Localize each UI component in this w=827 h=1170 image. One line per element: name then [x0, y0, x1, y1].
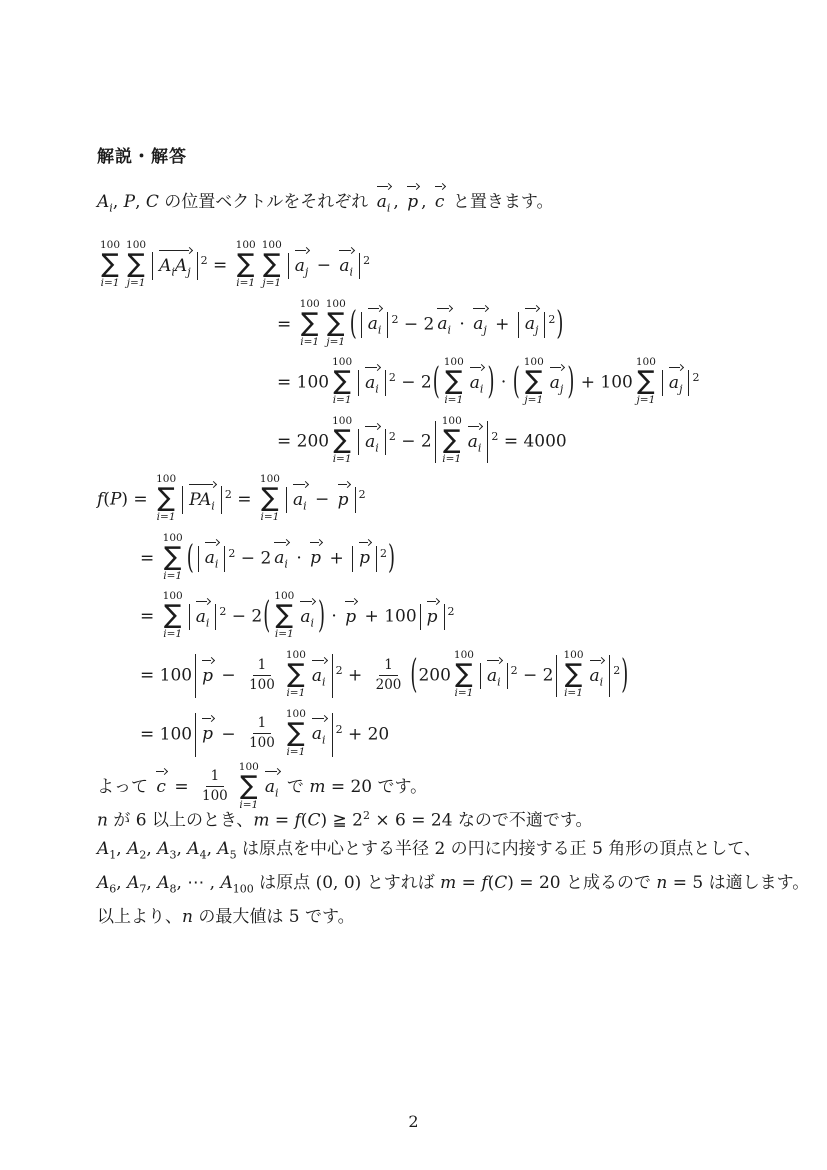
summation-symbol: 100∑j=1 [524, 356, 544, 406]
summation-symbol: 100∑i=1 [444, 356, 464, 406]
math-variable: A [187, 839, 199, 859]
formula-line: 100∑i=1100∑j=1AiAj2 = 100∑i=1100∑j=1aj −… [97, 234, 699, 293]
big-parenthesis: ( [433, 365, 440, 401]
superscript: 2 [336, 664, 343, 677]
absolute-value-bar [444, 604, 445, 630]
superscript: 2 [613, 664, 620, 677]
japanese-text: で [282, 777, 310, 797]
summation-symbol: 100∑j=1 [636, 356, 656, 406]
vector-arrow-icon [273, 540, 289, 545]
japanese-text: は適します。 [709, 873, 810, 893]
math-text: − [310, 490, 335, 510]
big-parenthesis: ( [263, 599, 270, 635]
vector: p [201, 724, 214, 744]
summation-symbol: 100∑i=1 [332, 415, 352, 465]
summation-symbol: 100∑i=1 [236, 239, 256, 289]
math-text: = 100 [140, 724, 192, 744]
vector-arrow-icon [472, 306, 488, 311]
big-parenthesis: ( [350, 309, 357, 341]
vector-arrow-icon [406, 184, 419, 189]
absolute-value-bar [487, 421, 488, 463]
math-text: 200 [418, 666, 450, 686]
formula-line: f(P) = 100∑i=1PAi2 = 100∑i=1ai − p2 [97, 468, 629, 527]
superscript: 2 [380, 547, 387, 560]
vector: ai [299, 607, 315, 630]
vector-arrow-icon [158, 248, 192, 253]
absolute-value-bar [286, 487, 287, 513]
superscript: 2 [548, 313, 555, 326]
math-text: + [490, 314, 515, 334]
math-text: , [116, 873, 127, 893]
vector: ai [436, 314, 452, 337]
vector: aj [549, 373, 565, 396]
math-text: (0, 0) [316, 873, 362, 893]
vector: p [358, 548, 371, 568]
big-parenthesis: ) [621, 656, 628, 696]
absolute-value-bar [182, 486, 183, 514]
math-text: , [135, 192, 146, 212]
math-text: ) = [121, 490, 153, 510]
vector: ai [467, 432, 483, 455]
page-number: 2 [0, 1112, 827, 1131]
math-variable: A [157, 873, 169, 893]
absolute-value-bar [518, 312, 519, 338]
math-text: , [207, 839, 218, 859]
superscript: 2 [336, 723, 343, 736]
equation-block-f-of-p: f(P) = 100∑i=1PAi2 = 100∑i=1ai − p2= 100… [97, 468, 629, 814]
equation-block-sum-distances: 100∑i=1100∑j=1AiAj2 = 100∑i=1100∑j=1aj −… [97, 234, 699, 469]
absolute-value-bar [385, 429, 386, 455]
math-text: · [495, 373, 511, 393]
vector-arrow-icon [668, 365, 684, 370]
vector-arrow-icon [589, 658, 605, 663]
math-text: − 2 [396, 373, 432, 393]
vector: c [434, 192, 446, 212]
japanese-text: が 6 以上のとき、 [108, 811, 253, 831]
summation-symbol: 100∑i=1 [100, 239, 120, 289]
vector: PAi [188, 490, 216, 513]
math-text: − [216, 724, 241, 744]
superscript: 2 [511, 664, 518, 677]
vector: p [201, 666, 214, 686]
vector: c [155, 777, 167, 797]
vector-arrow-icon [201, 658, 214, 663]
math-variable: C [494, 873, 507, 893]
math-text: = [277, 314, 297, 334]
japanese-text: の位置ベクトルをそれぞれ [159, 192, 374, 212]
superscript: 2 [692, 371, 699, 384]
vector: p [309, 548, 322, 568]
japanese-text: は原点 [254, 873, 316, 893]
subscript: 100 [233, 882, 254, 895]
absolute-value-bar [359, 253, 360, 279]
superscript: 2 [363, 254, 370, 267]
math-text: − 2 [398, 314, 434, 334]
absolute-value-bar [358, 429, 359, 455]
math-text: , [116, 839, 127, 859]
vector-arrow-icon [155, 769, 167, 774]
math-text: = 4000 [498, 432, 566, 452]
vector-arrow-icon [434, 184, 446, 189]
absolute-value-bar [480, 663, 481, 689]
big-parenthesis: ) [487, 365, 494, 401]
absolute-value-bar [387, 312, 388, 338]
absolute-value-bar [361, 312, 362, 338]
absolute-value-bar [221, 486, 222, 514]
vector: ai [195, 607, 211, 630]
math-variable: m [253, 811, 269, 831]
math-text: ) = 20 [507, 873, 566, 893]
vector-arrow-icon [426, 599, 439, 604]
vector: p [337, 490, 350, 510]
vector: p [426, 607, 439, 627]
vector: ai [367, 314, 383, 337]
vector: aj [472, 314, 488, 337]
math-text: × 6 = 24 [370, 811, 458, 831]
vector-arrow-icon [204, 540, 220, 545]
japanese-text: よって [97, 777, 153, 797]
vector: aj [668, 373, 684, 396]
summation-symbol: 100∑j=1 [326, 298, 346, 348]
vector-arrow-icon [311, 716, 327, 721]
math-variable: A [97, 839, 109, 859]
math-text: + 100 [359, 607, 417, 627]
vector: ai [486, 666, 502, 689]
vector-arrow-icon [469, 365, 485, 370]
vector-arrow-icon [467, 424, 483, 429]
absolute-value-bar [189, 604, 190, 630]
math-variable: C [307, 811, 320, 831]
math-text: = [269, 811, 294, 831]
absolute-value-bar [195, 654, 196, 698]
vector-arrow-icon [376, 184, 392, 189]
big-parenthesis: ( [410, 656, 417, 696]
formula-line: A1, A2, A3, A4, A5 は原点を中心とする半径 2 の円に内接する… [97, 835, 809, 869]
vector: ai [364, 432, 380, 455]
math-text: = 100 [140, 666, 192, 686]
superscript: 2 [359, 488, 366, 501]
absolute-value-bar [507, 663, 508, 689]
formula-line: n が 6 以上のとき、m = f(C) ≧ 22 × 6 = 24 なので不適… [97, 802, 809, 835]
vector: ai [589, 666, 605, 689]
absolute-value-bar [224, 546, 225, 572]
absolute-value-bar [385, 370, 386, 396]
superscript: 2 [389, 371, 396, 384]
summation-symbol: 100∑i=1 [300, 298, 320, 348]
math-text: = 100 [277, 373, 329, 393]
absolute-value-bar [556, 655, 557, 697]
math-variable: n [656, 873, 667, 893]
absolute-value-bar [435, 421, 436, 463]
vector-arrow-icon [309, 540, 322, 545]
summation-symbol: 100∑i=1 [442, 415, 462, 465]
math-text: + 20 [343, 724, 390, 744]
math-text: = [456, 873, 481, 893]
japanese-text: なので不適です。 [458, 811, 593, 831]
math-text: = [140, 607, 160, 627]
fraction: 1100 [197, 768, 233, 805]
math-text: = [232, 490, 257, 510]
vector: ai [311, 724, 327, 747]
big-parenthesis: ( [513, 365, 520, 401]
math-variable: n [97, 811, 108, 831]
math-text: + [343, 666, 368, 686]
absolute-value-bar [544, 312, 545, 338]
vector-arrow-icon [358, 540, 371, 545]
summation-symbol: 100∑j=1 [262, 239, 282, 289]
japanese-text: と置きます。 [447, 192, 553, 212]
document-page: 解説・解答 Ai, P, C の位置ベクトルをそれぞれ ai, p, c と置き… [0, 0, 827, 1170]
math-variable: A [127, 873, 139, 893]
vector: ai [273, 548, 289, 571]
math-text: = 200 [277, 432, 329, 452]
math-variable: A [157, 839, 169, 859]
japanese-text: の最大値は 5 です。 [193, 907, 355, 927]
math-text: − 2 [235, 548, 271, 568]
fraction: 1200 [371, 657, 407, 694]
summation-symbol: 100∑i=1 [260, 473, 280, 523]
summation-symbol: 100∑i=1 [163, 532, 183, 582]
formula-line: = 200100∑i=1ai2 − 2100∑i=1ai2 = 4000 [277, 410, 699, 469]
absolute-value-bar [215, 604, 216, 630]
vector-arrow-icon [294, 248, 310, 253]
big-parenthesis: ) [318, 599, 325, 635]
math-text: = [208, 256, 233, 276]
formula-line: = 100∑i=1(ai2 − 2ai · p + p2) [140, 527, 629, 586]
math-text: , [421, 192, 432, 212]
section-heading: 解説・解答 [97, 142, 187, 167]
superscript: 2 [363, 809, 370, 822]
summation-symbol: 100∑i=1 [286, 708, 306, 758]
math-text: − 2 [518, 666, 554, 686]
math-variable: C [146, 192, 159, 212]
japanese-text: です。 [378, 777, 428, 797]
vector: p [344, 607, 357, 627]
absolute-value-bar [352, 546, 353, 572]
summation-symbol: 100∑i=1 [286, 649, 306, 699]
superscript: 2 [201, 254, 208, 267]
vector-arrow-icon [188, 482, 216, 487]
math-text: , [146, 873, 157, 893]
math-variable: A [127, 839, 139, 859]
summation-symbol: 100∑i=1 [454, 649, 474, 699]
formula-line: = 100p − 1100100∑i=1ai2 + 1200(200100∑i=… [140, 644, 629, 703]
vector: ai [338, 256, 354, 279]
vector-arrow-icon [311, 658, 327, 663]
math-variable: m [440, 873, 456, 893]
subscript: 5 [230, 848, 237, 861]
big-parenthesis: ) [556, 309, 563, 341]
math-text: · [291, 548, 307, 568]
math-text: ) ≧ 2 [320, 811, 363, 831]
vector: ai [376, 192, 392, 215]
math-text: · [326, 607, 342, 627]
math-text: − [311, 256, 336, 276]
math-text: − 2 [396, 432, 432, 452]
big-parenthesis: ) [567, 365, 574, 401]
summation-symbol: 100∑i=1 [163, 590, 183, 640]
vector: aj [294, 256, 310, 279]
math-text: + [324, 548, 349, 568]
vector-arrow-icon [364, 365, 380, 370]
formula-line: Ai, P, C の位置ベクトルをそれぞれ ai, p, c と置きます。 [97, 188, 553, 222]
fraction: 1100 [244, 715, 280, 752]
vector-arrow-icon [195, 599, 211, 604]
intro-paragraph: Ai, P, C の位置ベクトルをそれぞれ ai, p, c と置きます。 [97, 188, 553, 222]
vector-arrow-icon [549, 365, 565, 370]
japanese-text: と成るので [566, 873, 656, 893]
vector: aj [524, 314, 540, 337]
vector-arrow-icon [292, 482, 308, 487]
summation-symbol: 100∑j=1 [126, 239, 146, 289]
absolute-value-bar [332, 654, 333, 698]
summation-symbol: 100∑i=1 [156, 473, 176, 523]
math-variable: A [221, 873, 233, 893]
math-variable: P [124, 192, 135, 212]
japanese-text: とすれば [361, 873, 440, 893]
formula-line: 以上より、n の最大値は 5 です。 [97, 903, 809, 931]
absolute-value-bar [609, 655, 610, 697]
big-parenthesis: ( [187, 543, 194, 575]
math-text: − 2 [226, 607, 262, 627]
vector-arrow-icon [337, 482, 350, 487]
absolute-value-bar [376, 546, 377, 572]
vector-arrow-icon [364, 424, 380, 429]
vector-arrow-icon [201, 716, 214, 721]
vector-arrow-icon [486, 658, 502, 663]
math-text: = [140, 548, 160, 568]
fraction: 1100 [244, 657, 280, 694]
vector: ai [469, 373, 485, 396]
absolute-value-bar [420, 604, 421, 630]
vector: ai [292, 490, 308, 513]
absolute-value-bar [288, 253, 289, 279]
math-text: · [454, 314, 470, 334]
vector: ai [264, 777, 280, 800]
formula-line: = 100100∑i=1ai2 − 2(100∑i=1ai) · (100∑j=… [277, 351, 699, 410]
vector-arrow-icon [264, 769, 280, 774]
big-parenthesis: ) [388, 543, 395, 575]
summation-symbol: 100∑i=1 [274, 590, 294, 640]
math-text: , [176, 839, 187, 859]
formula-line: = 100∑i=1ai2 − 2(100∑i=1ai) · p + 100p2 [140, 585, 629, 644]
math-text: , [113, 192, 124, 212]
japanese-text: 以上より、 [97, 907, 182, 927]
math-variable: P [110, 490, 121, 510]
absolute-value-bar [355, 487, 356, 513]
absolute-value-bar [332, 713, 333, 757]
absolute-value-bar [152, 252, 153, 280]
absolute-value-bar [198, 546, 199, 572]
math-text: + 100 [575, 373, 633, 393]
math-text: − [216, 666, 241, 686]
superscript: 2 [389, 430, 396, 443]
vector-arrow-icon [338, 248, 354, 253]
vector: AiAj [158, 256, 192, 279]
vector-arrow-icon [299, 599, 315, 604]
vector-arrow-icon [436, 306, 452, 311]
vector: ai [311, 666, 327, 689]
formula-line: A6, A7, A8, ⋯ , A100 は原点 (0, 0) とすれば m =… [97, 869, 809, 903]
formula-line: = 100p − 1100100∑i=1ai2 + 20 [140, 703, 629, 762]
math-text: = [169, 777, 194, 797]
absolute-value-bar [688, 370, 689, 396]
math-text: , ⋯ , [176, 873, 220, 893]
math-text: ( [103, 490, 110, 510]
summation-symbol: 100∑i=1 [563, 649, 583, 699]
math-text: = 5 [667, 873, 708, 893]
vector: ai [364, 373, 380, 396]
absolute-value-bar [662, 370, 663, 396]
math-variable: m [309, 777, 325, 797]
math-variable: A [97, 873, 109, 893]
superscript: 2 [225, 488, 232, 501]
math-text: = 20 [325, 777, 377, 797]
vector: p [406, 192, 419, 212]
math-text: , [146, 839, 157, 859]
absolute-value-bar [195, 713, 196, 757]
vector-arrow-icon [524, 306, 540, 311]
japanese-text: は原点を中心とする半径 2 の円に内接する正 5 角形の頂点として、 [237, 839, 761, 859]
conclusion-paragraph: n が 6 以上のとき、m = f(C) ≧ 22 × 6 = 24 なので不適… [97, 802, 809, 931]
formula-line: = 100∑i=1100∑j=1(ai2 − 2ai · aj + aj2) [277, 293, 699, 352]
math-variable: A [97, 192, 109, 212]
math-variable: n [182, 907, 193, 927]
math-variable: A [217, 839, 229, 859]
summation-symbol: 100∑i=1 [332, 356, 352, 406]
superscript: 2 [448, 605, 455, 618]
absolute-value-bar [358, 370, 359, 396]
subscript: 4 [200, 848, 207, 861]
math-text: , [393, 192, 404, 212]
vector-arrow-icon [344, 599, 357, 604]
absolute-value-bar [197, 252, 198, 280]
vector: ai [204, 548, 220, 571]
vector-arrow-icon [367, 306, 383, 311]
